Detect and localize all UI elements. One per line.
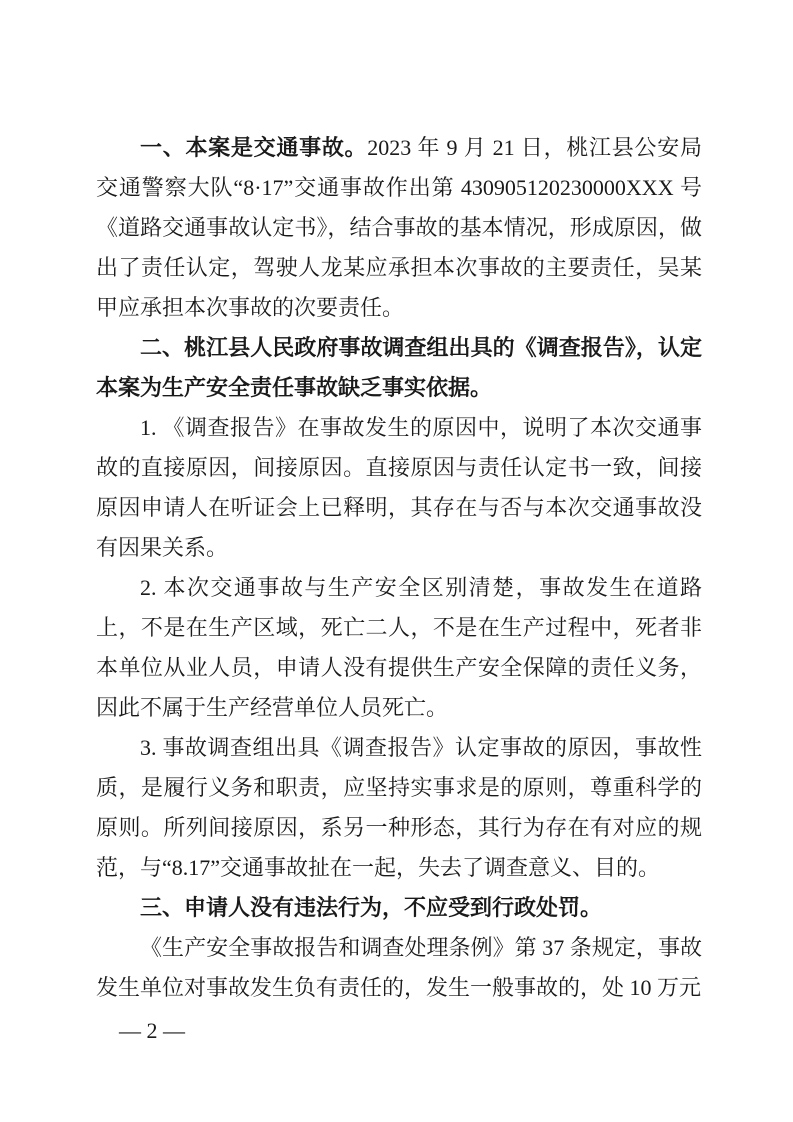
bold-text-segment: 三、申请人没有违法行为，不应受到行政处罚。 — [140, 895, 602, 920]
document-page: 一、本案是交通事故。2023 年 9 月 21 日，桃江县公安局交通警察大队“8… — [0, 0, 793, 1122]
bold-text-segment: 二、桃江县人民政府事故调查组出具的《调查报告》，认定本案为生产安全责任事故缺乏事… — [96, 335, 702, 400]
paragraph-2: 二、桃江县人民政府事故调查组出具的《调查报告》，认定本案为生产安全责任事故缺乏事… — [96, 328, 702, 408]
bold-text-segment: 一、本案是交通事故。 — [140, 135, 367, 160]
text-segment: 1. 《调查报告》在事故发生的原因中，说明了本次交通事故的直接原因，间接原因。直… — [96, 415, 702, 560]
paragraph-3: 1. 《调查报告》在事故发生的原因中，说明了本次交通事故的直接原因，间接原因。直… — [96, 408, 702, 568]
text-segment: 《生产安全事故报告和调查处理条例》第 37 条规定，事故发生单位对事故发生负有责… — [96, 935, 702, 1000]
text-segment: 3. 事故调查组出具《调查报告》认定事故的原因，事故性质，是履行义务和职责，应坚… — [96, 735, 702, 880]
paragraph-1: 一、本案是交通事故。2023 年 9 月 21 日，桃江县公安局交通警察大队“8… — [96, 128, 702, 328]
page-number: — 2 — — [119, 1019, 185, 1043]
paragraph-5: 3. 事故调查组出具《调查报告》认定事故的原因，事故性质，是履行义务和职责，应坚… — [96, 728, 702, 888]
text-segment: 2023 年 9 月 21 日，桃江县公安局交通警察大队“8·17”交通事故作出… — [96, 135, 702, 320]
paragraph-7: 《生产安全事故报告和调查处理条例》第 37 条规定，事故发生单位对事故发生负有责… — [96, 928, 702, 1008]
text-segment: 2. 本次交通事故与生产安全区别清楚，事故发生在道路上，不是在生产区域，死亡二人… — [96, 575, 702, 720]
paragraph-4: 2. 本次交通事故与生产安全区别清楚，事故发生在道路上，不是在生产区域，死亡二人… — [96, 568, 702, 728]
document-body: 一、本案是交通事故。2023 年 9 月 21 日，桃江县公安局交通警察大队“8… — [96, 128, 702, 1008]
paragraph-6: 三、申请人没有违法行为，不应受到行政处罚。 — [96, 888, 702, 928]
